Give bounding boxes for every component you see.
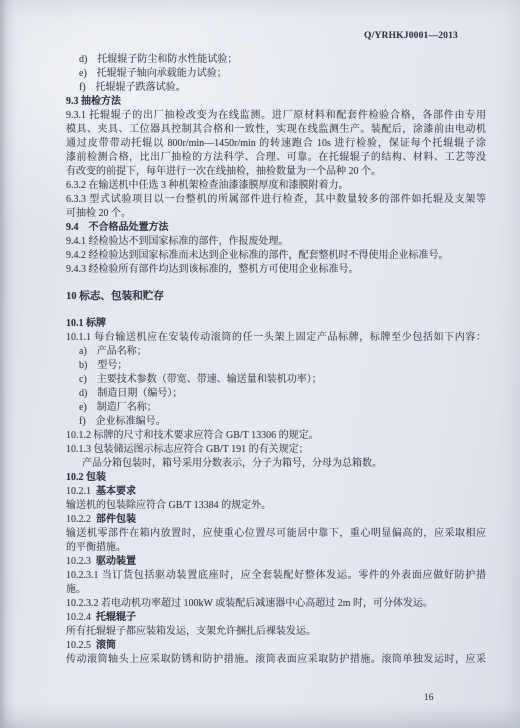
text-line: e) 托辊辊子轴向承载能力试验； — [66, 67, 486, 81]
text-line: d) 制造日期（编号）； — [66, 387, 486, 401]
scanned-page: Q/YRHKJ0001—2013 d) 托辊辊子防尘和防水性能试验；e) 托辊辊… — [0, 0, 520, 728]
heading-line: 10 标志、包装和贮存 — [66, 290, 486, 304]
text-line: 9.4.3 经检验所有部件均达到该标准的，整机方可使用企业标准号。 — [66, 263, 486, 277]
text-line: 产品分箱包装时，箱号采用分数表示，分子为箱号，分母为总箱数。 — [66, 457, 486, 471]
clause-title: 部件包装 — [96, 514, 136, 525]
page-number: 16 — [424, 693, 434, 703]
text-line: 10.1.2 标牌的尺寸和技术要求应符合 GB/T 13306 的规定。 — [66, 429, 486, 443]
text-line: 10.1.3 包装储运图示标志应符合 GB/T 191 的有关规定； — [66, 443, 486, 457]
text-line: 9.3.1 托辊辊子的出厂抽检改变为在线监测。进厂原材料和配套件检验合格，各部件… — [66, 109, 486, 123]
heading-line: 10.2.4托辊辊子 — [66, 611, 486, 625]
text-line: d) 托辊辊子防尘和防水性能试验； — [66, 53, 486, 67]
text-line: 模具、夹具、工位器具控制其合格和一致性，实现在线监测生产。装配后，涂漆前由电动机 — [66, 123, 486, 137]
text-line: b) 型号； — [66, 359, 486, 373]
clause-number: 10.2.5 — [66, 640, 91, 651]
clause-number: 10.2.3 — [66, 556, 91, 567]
text-line: 通过皮带带动托辊以 800r/min—1450r/min 的转速跑合 10s 进… — [66, 137, 486, 151]
heading-line: 10.2 包装 — [66, 471, 486, 485]
heading-line: 10.2.1基本要求 — [66, 485, 486, 499]
clause-number: 10.2.4 — [66, 612, 91, 623]
heading-line: 9.4 不合格品处置方法 — [66, 221, 486, 235]
clause-title: 基本要求 — [96, 486, 136, 497]
text-line: 有改变的前提下，每年进行一次在线抽检，抽检数量为一个品种 20 个。 — [66, 165, 486, 179]
text-line: f) 企业标准编号。 — [66, 415, 486, 429]
heading-line: 10.1 标牌 — [66, 317, 486, 331]
clause-title: 托辊辊子 — [96, 612, 136, 623]
text-line: 的平衡措施。 — [66, 541, 486, 555]
text-line: 漆前检测合格，比出厂抽检的方法科学、合理、可靠。在托辊辊子的结构、材料、工艺等没 — [66, 151, 486, 165]
clause-number: 10.2.1 — [66, 486, 91, 497]
clause-number: 10.2.2 — [66, 514, 91, 525]
text-line: 10.1.1 每台输送机应在安装传动滚筒的任一头架上固定产品标牌，标牌至少包括如… — [66, 331, 486, 345]
clause-title: 滚筒 — [96, 640, 116, 651]
text-line: 6.3.3 型式试验项目以一台整机的所属部件进行检查，其中数量较多的部件如托辊及… — [66, 193, 486, 207]
heading-line: 10.2.2部件包装 — [66, 513, 486, 527]
text-line: 传动滚筒轴头上应采取防锈和防护措施。滚筒表面应采取防护措施。滚筒单独发运时，应采 — [66, 653, 486, 667]
text-line: 所有托辊辊子都应装箱发运，支架允许捆扎后裸装发运。 — [66, 625, 486, 639]
text-line: c) 主要技术参数（带宽、带速、输送量和装机功率）； — [66, 373, 486, 387]
text-line: a) 产品名称； — [66, 345, 486, 359]
heading-line: 9.3 抽检方法 — [66, 95, 486, 109]
document-body: d) 托辊辊子防尘和防水性能试验；e) 托辊辊子轴向承载能力试验；f) 托辊辊子… — [66, 53, 486, 667]
text-line: 6.3.2 在输送机中任选 3 种机架检查油漆漆膜厚度和漆膜附着力。 — [66, 179, 486, 193]
text-line: 输送机零部件在箱内放置时，应使重心位置尽可能居中靠下，重心明显偏高的，应采取相应 — [66, 527, 486, 541]
document-code-header: Q/YRHKJ0001—2013 — [364, 31, 458, 41]
text-line: 9.4.1 经检验达不到国家标准的部件，作报废处理。 — [66, 235, 486, 249]
clause-title: 驱动装置 — [96, 556, 136, 567]
text-line: 输送机的包装除应符合 GB/T 13384 的规定外。 — [66, 499, 486, 513]
heading-line: 10.2.3驱动装置 — [66, 555, 486, 569]
text-line: 施。 — [66, 583, 486, 597]
text-line: e) 制造厂名称； — [66, 401, 486, 415]
text-line: 10.2.3.1 当订货包括驱动装置底座时，应全套装配好整体发运。零件的外表面应… — [66, 569, 486, 583]
text-line: f) 托辊辊子跌落试验。 — [66, 81, 486, 95]
text-line: 10.2.3.2 若电动机功率超过 100kW 或装配后减速器中心高超过 2m … — [66, 597, 486, 611]
text-line: 可抽检 20 个。 — [66, 207, 486, 221]
heading-line: 10.2.5滚筒 — [66, 639, 486, 653]
text-line: 9.4.2 经检验达到国家标准而未达到企业标准的部件，配套整机时不得使用企业标准… — [66, 249, 486, 263]
